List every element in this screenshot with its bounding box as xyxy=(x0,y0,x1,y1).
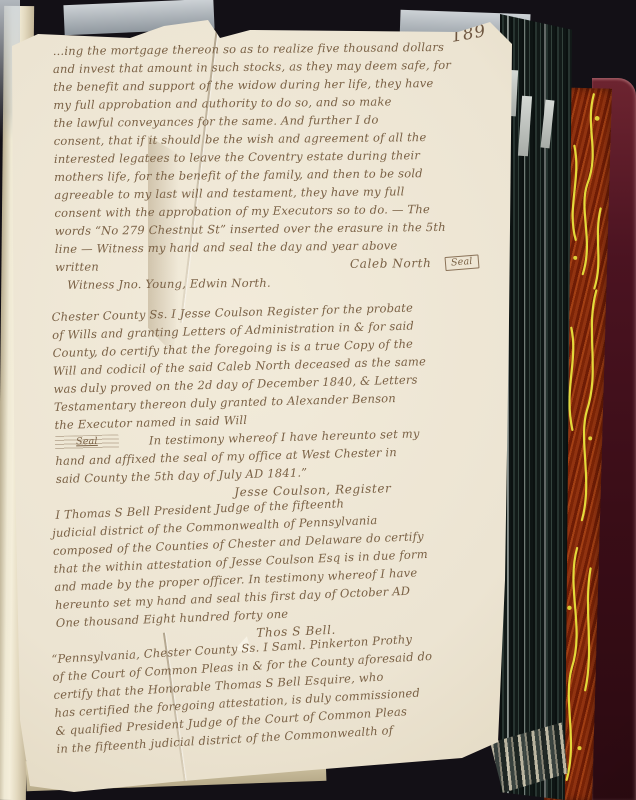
testator-signature: Caleb North xyxy=(350,254,432,273)
register-certificate-section: Chester County Ss. I Jesse Coulson Regis… xyxy=(51,297,490,506)
spacer xyxy=(119,441,149,442)
seal-box: Seal xyxy=(445,254,480,271)
manuscript-page: 189 ...ing the mortgage thereon so as to… xyxy=(12,20,512,792)
will-continuation-section: ...ing the mortgage thereon so as to rea… xyxy=(53,37,490,294)
judge-certificate-section: I Thomas S Bell President Judge of the f… xyxy=(51,489,490,650)
margin-seal-stamp: Seal xyxy=(55,434,119,450)
photographed-book-scene: 189 ...ing the mortgage thereon so as to… xyxy=(0,0,636,800)
witness-line: Witness Jno. Young, Edwin North. xyxy=(55,271,489,294)
prothonotary-certificate-section: “Pennsylvania, Chester County Ss. I Saml… xyxy=(51,626,490,758)
manuscript-line: written xyxy=(55,258,99,276)
manuscript-text: ...ing the mortgage thereon so as to rea… xyxy=(54,42,488,758)
spacer xyxy=(99,264,350,267)
